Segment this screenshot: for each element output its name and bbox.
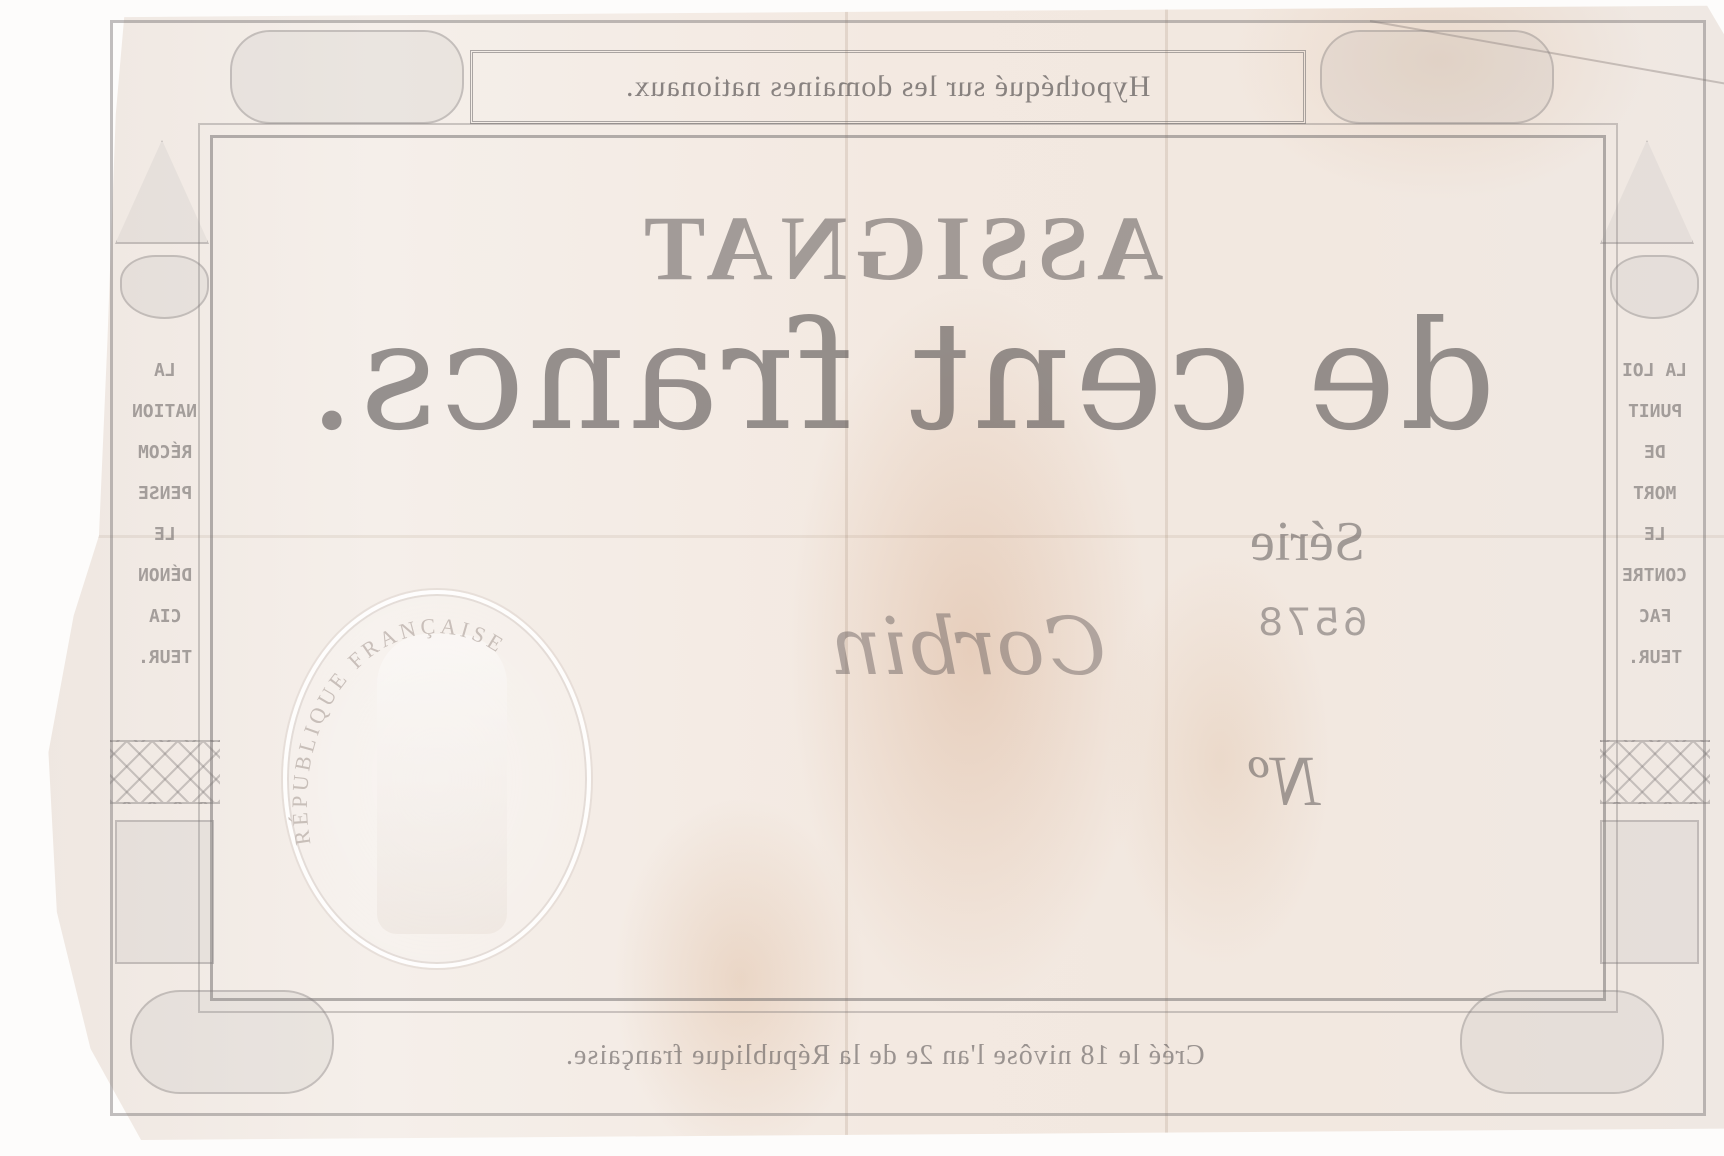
- bottom-banner: Créé le 18 nivôse l'an 2e de la Républiq…: [320, 1040, 1450, 1072]
- serial-number: 6578: [1255, 600, 1368, 648]
- left-cap-ornament: [120, 255, 209, 319]
- bottom-left-ornament: [130, 990, 334, 1094]
- series-label: Série: [1250, 510, 1365, 574]
- number-label: Nº: [1250, 740, 1320, 823]
- right-cap-ornament: [1610, 255, 1699, 319]
- title-assignat: ASSIGNAT: [500, 195, 1300, 301]
- svg-text:RÉPUBLIQUE FRANÇAISE: RÉPUBLIQUE FRANÇAISE: [287, 613, 511, 847]
- title-denomination: de cent francs.: [250, 290, 1550, 464]
- signature: Corbin: [830, 600, 1106, 693]
- right-lattice-ornament: [1600, 740, 1710, 804]
- seal-legend: RÉPUBLIQUE FRANÇAISE: [287, 594, 587, 964]
- bottom-right-ornament: [1460, 990, 1664, 1094]
- top-banner-text: Hypothéqué sur les domaines nationaux.: [625, 70, 1150, 104]
- right-side-text-column: LA LOI PUNIT DE MORT LE CONTRE FAC TEUR.: [1600, 360, 1710, 668]
- top-right-ornament: [1320, 30, 1554, 124]
- left-side-text-column: LA NATION RÉCOM PENSE LE DÉNON CIA TEUR.: [110, 360, 220, 668]
- right-lower-panel: [1600, 820, 1699, 964]
- top-banner: Hypothéqué sur les domaines nationaux.: [470, 50, 1306, 124]
- top-left-ornament: [230, 30, 464, 124]
- left-lattice-ornament: [110, 740, 220, 804]
- embossed-seal: RÉPUBLIQUE FRANÇAISE: [283, 590, 591, 968]
- left-lower-panel: [115, 820, 214, 964]
